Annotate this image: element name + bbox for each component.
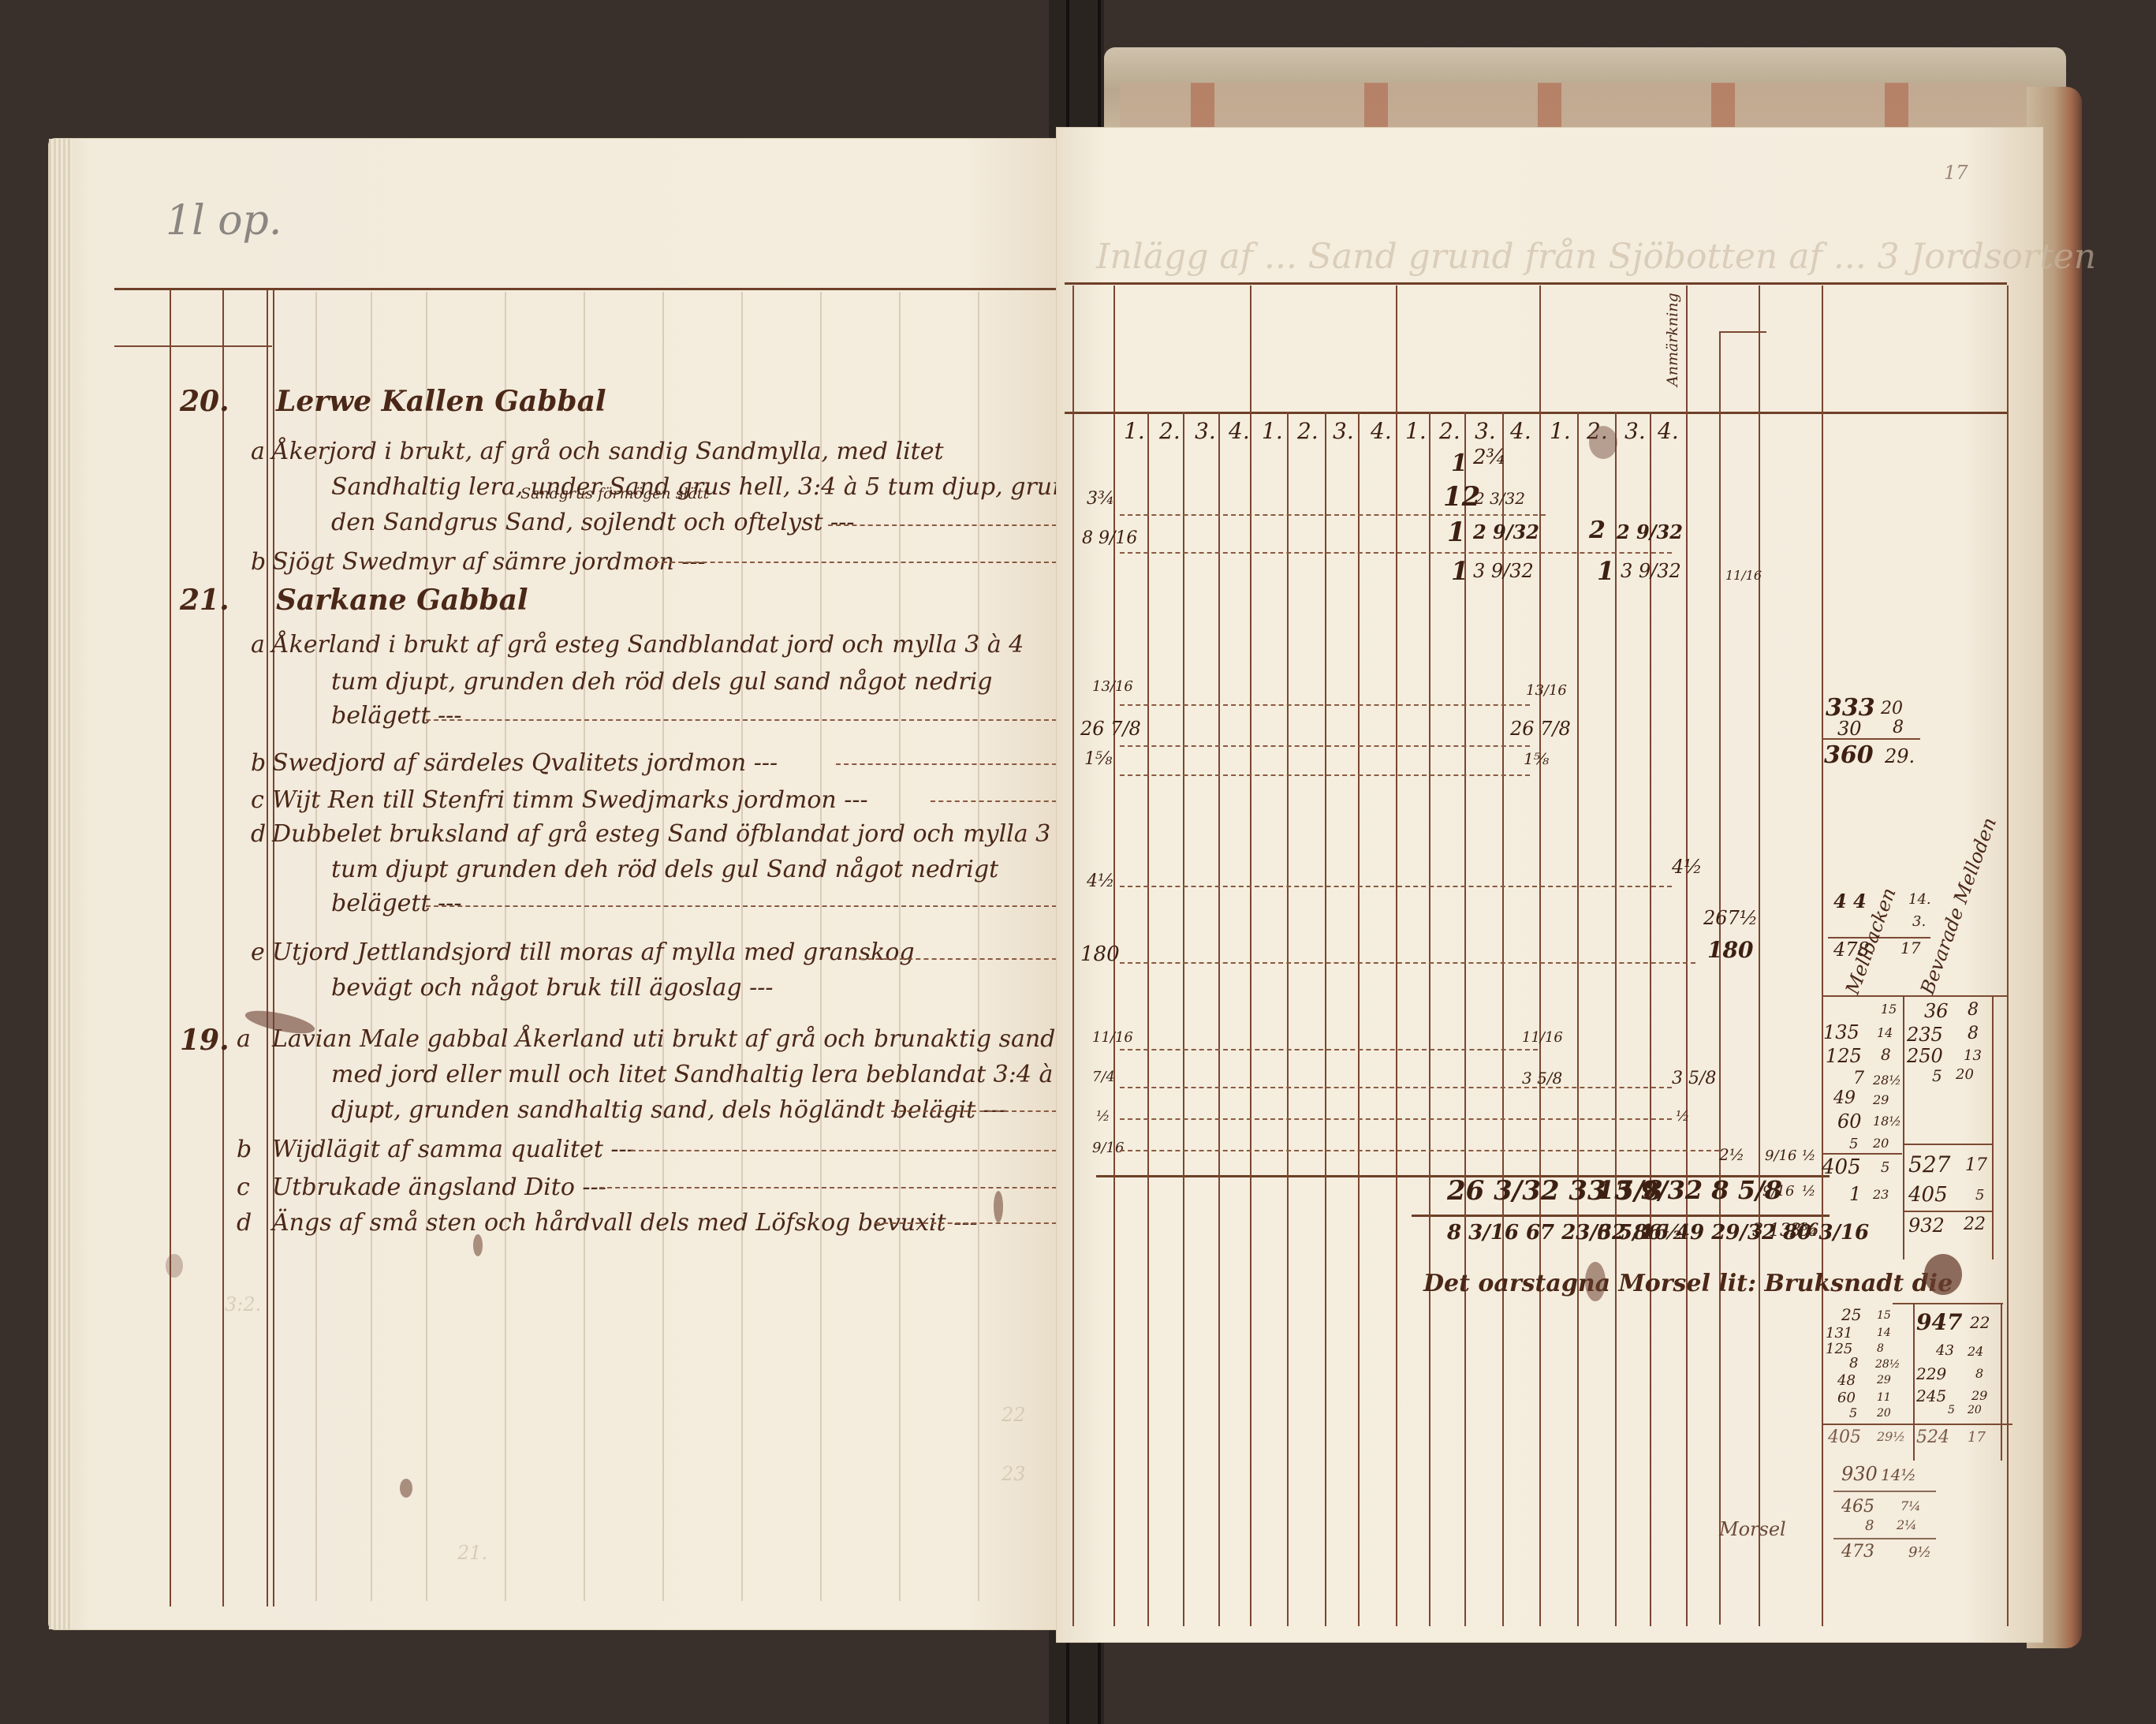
calc-rule [1822,738,1920,740]
page-number: 17 [1944,162,1968,184]
right-page [1057,128,2042,1642]
left-page-edges [49,139,73,1629]
cell: 131 [1826,1325,1852,1342]
cell-value: 1⅝ [1524,749,1549,768]
cell-value: 1 [1451,450,1468,477]
cell-value: 11/16 [1522,1029,1563,1046]
item-line: Utjord Jettlandsjord till moras af mylla… [272,938,915,966]
item-letter: a [237,1025,251,1053]
offset-number: 21. [457,1542,487,1564]
total-row-2-extra: 3¾ [1790,1221,1818,1241]
cell-value: 1 [1447,517,1466,548]
cell-value: 4½ [1672,856,1703,878]
header-rule [1065,282,2007,285]
cell: 245 [1916,1386,1946,1405]
table-a-divider [1903,995,1904,1259]
item-line: Swedjord af särdeles Qvalitets jordmon -… [272,749,778,777]
item-line: Wijt Ren till Stenfri timm Swedjmarks jo… [272,786,868,814]
margin-value: 180 [1080,942,1120,966]
table-a-edge [1992,995,1994,1259]
subtotal: 405 [1828,1427,1861,1447]
cell: 20 [1956,1066,1974,1083]
cell: 22 [1970,1313,1990,1332]
item-line: tum djupt, grunden deh röd dels gul sand… [331,668,992,696]
subtotal: 527 [1908,1151,1950,1177]
margin-value: 8 9/16 [1082,528,1137,548]
subtotal: 5 [1881,1159,1889,1176]
item-line: Åkerland i brukt af grå esteg Sandblanda… [272,631,1024,659]
cell: 29 [1873,1092,1889,1107]
item-line: bevägt och något bruk till ägoslag --- [331,974,774,1002]
calc-label: Morsel [1719,1518,1786,1540]
cell: 20 [1873,1136,1889,1151]
col-header: 2. [1297,418,1319,444]
column-rule [1650,412,1651,1626]
cell-value: 26 7/8 [1510,718,1571,740]
col-header: 4. [1229,418,1250,444]
cell-value: 180 [1707,937,1753,963]
cell-value: 1 [1597,556,1614,586]
calc-value: 14. [1908,891,1931,908]
cell: 11 [1877,1391,1891,1404]
cell: 8 [1881,1045,1891,1064]
item-line: den Sandgrus Sand, sojlendt och oftelyst… [331,509,854,536]
cell: 1 [1849,1183,1861,1205]
entry-number: 20. [180,385,229,418]
leader-line [1120,886,1672,887]
leader-line [631,1150,1057,1151]
leader-line [1120,962,1695,964]
total-row-1-extra: ½ [1802,1183,1815,1200]
offset-number: 3:2. [225,1293,261,1315]
leader-line [891,1110,1057,1112]
subtotal-rule [1904,1144,1993,1145]
table-b-edge [2001,1303,2002,1461]
leader-line [426,719,1057,721]
column-rule [1218,412,1220,1626]
number-column-line [222,289,224,1606]
leader-line [647,562,1057,563]
cell: 5 [1849,1405,1857,1420]
cell: 15 [1881,1002,1897,1017]
leader-line [1120,552,1672,554]
col-header: 1. [1405,418,1427,444]
cell: 7 [1853,1069,1864,1088]
leader-line [875,1222,1057,1224]
table-b-divider [1913,1303,1915,1461]
table-a-top [1822,995,2007,997]
entry-number: 19. [180,1024,229,1057]
col-header: 1. [1124,418,1145,444]
cell: 229 [1916,1364,1946,1383]
leader-line [852,958,1057,960]
cell-value: 2¾ [1473,446,1506,469]
cell: 250 [1907,1045,1943,1067]
cell: 8 [1968,1000,1979,1020]
calc-value: 14½ [1881,1465,1916,1484]
margin-value: 4½ [1087,871,1114,891]
subtotal: 17 [1965,1155,1987,1175]
grand-total-rule [1904,1211,1993,1212]
ink-spot [994,1191,1003,1222]
cell-value: 2 9/32 [1473,521,1539,543]
subtotal-rule [1823,1424,2012,1425]
calc-value: 8 [1893,718,1904,737]
cell: 5 [1948,1404,1955,1416]
subtotal: 17 [1968,1429,1986,1446]
leader-line [1120,1118,1672,1120]
margin-value: ½ [1096,1108,1110,1125]
col-header: 3. [1475,418,1496,444]
item-line: Lavian Male gabbal Åkerland uti brukt af… [272,1025,1055,1053]
item-line: Dubbelet bruksland af grå esteg Sand öfb… [272,820,1095,848]
column-rule [2007,285,2009,1626]
margin-value: 13/16 [1092,678,1133,695]
leader-line [828,524,1057,526]
calc-total: 9½ [1908,1544,1931,1561]
cell: 28½ [1873,1073,1901,1088]
entry-title: Sarkane Gabbal [276,584,528,617]
cell: 13 [1964,1047,1982,1064]
item-interline: Sandgrus förmögen slätt [520,485,709,502]
ink-spot [473,1234,483,1256]
cell: 49 [1833,1088,1856,1108]
item-letter: d [251,820,266,848]
leader-line [1120,1087,1672,1088]
cell: 24 [1968,1344,1983,1359]
leader-line [1120,745,1530,747]
cell: 8 [1877,1342,1884,1355]
column-rule [1358,412,1360,1626]
ink-blot [1924,1254,1962,1295]
entry-number: 21. [180,584,229,617]
item-line: Utbrukade ängsland Dito --- [272,1174,606,1201]
cell-value: 2½ [1719,1145,1744,1164]
leader-line [1120,1049,1538,1050]
column-rule [1325,412,1326,1626]
cell-value: 3 9/32 [1621,560,1681,582]
column-rule [1502,412,1504,1626]
leader-line [426,905,1057,907]
cell-value: 2 3/32 [1475,489,1525,508]
subtotal: 405 [1822,1155,1861,1179]
calc-value: 930 [1841,1463,1878,1485]
cell-value: 2 [1589,517,1606,544]
column-rule [1072,285,1074,1626]
cell: 36 [1924,1000,1949,1022]
cell: 125 [1826,1045,1862,1067]
ink-blot [1585,1262,1606,1301]
column-rule [1429,412,1430,1626]
grand-total: 932 [1908,1215,1945,1237]
calc-value: 20 [1881,699,1903,718]
item-line: Wijdlägit af samma qualitet --- [272,1136,635,1163]
calc-value: 2¼ [1897,1517,1917,1532]
total-row-1-group4: 13 9/32 8 5/8 [1597,1175,1782,1205]
margin-value: 3¾ [1087,489,1114,509]
cell: 60 [1837,1390,1856,1406]
col-header: 1. [1262,418,1283,444]
calc-value: 7¼ [1900,1498,1921,1513]
column-rule [1147,412,1149,1626]
item-line: tum djupt grunden deh röd dels gul Sand … [331,856,998,883]
cell: 235 [1907,1024,1943,1046]
margin-value: 9/16 [1092,1140,1124,1156]
column-rule [1577,412,1579,1626]
cell: 405 [1908,1183,1948,1207]
cell: 947 [1916,1309,1962,1335]
column-rule [1719,331,1721,1625]
subtotal: 29½ [1877,1429,1905,1444]
column-rule [1183,412,1184,1626]
subtotal-rule [1823,1153,1902,1155]
col-header: 3. [1195,418,1216,444]
cell: 5 [1975,1187,1984,1203]
cell-value: 3 5/8 [1672,1069,1716,1088]
cell: 48 [1837,1372,1856,1389]
item-letter: a [251,631,265,659]
leader-line [1120,514,1546,516]
col-header: 4. [1510,418,1531,444]
margin-value: 11/16 [1092,1029,1133,1046]
subtotal: 524 [1916,1427,1949,1447]
cell: 29 [1877,1374,1891,1386]
calc-total: 473 [1841,1542,1874,1562]
cell: 20 [1968,1404,1982,1416]
col-header: 4. [1658,418,1679,444]
item-letter: b [237,1136,252,1163]
entry-title: Lerwe Kallen Gabbal [276,385,606,418]
column-rule [1615,412,1617,1626]
calc-value: 8 [1865,1517,1874,1534]
col-header: 2. [1159,418,1181,444]
column-rule [1539,285,1541,1626]
calc-value: 4 4 [1833,890,1867,912]
item-letter: e [251,938,265,966]
cell: 8 [1975,1366,1983,1381]
cell: 15 [1877,1309,1891,1322]
item-line: Sjögt Swedmyr af sämre jordmon --- [272,548,706,576]
cell: 8 [1849,1355,1858,1371]
leader-line [1120,704,1530,706]
leader-line [1120,1150,1719,1151]
cell: 135 [1823,1021,1859,1043]
item-letter: a [251,438,265,465]
cell: 60 [1837,1110,1862,1133]
header-rule [114,345,272,347]
item-line: belägett --- [331,890,461,917]
stain [166,1254,183,1278]
cell-value: 13/16 [1526,682,1567,699]
cell-value: 11/16 [1725,568,1762,583]
column-rule [1396,285,1397,1626]
cell-value: 9/16 [1765,1147,1796,1164]
calc-total: 360 [1824,741,1874,769]
item-line: med jord eller mull och litet Sandhaltig… [331,1061,1130,1088]
column-rule [1759,285,1760,1626]
item-letter: c [251,786,264,814]
col-header: 1. [1550,418,1571,444]
pencil-note: 1l op. [166,197,282,244]
cell: 25 [1841,1305,1861,1324]
cell-value: ½ [1676,1108,1689,1125]
calc-total: 17 [1900,938,1920,957]
total-row-1-extra: 9/16 [1762,1183,1794,1200]
column-rule [1287,412,1289,1626]
leader-line [1120,774,1530,776]
total-row-2-group4: 6 5/16 49 29/32 80 3/16 [1597,1221,1869,1244]
calc-rule [1833,1538,1936,1539]
cell: 23 [1873,1187,1889,1202]
offset-number: 22 [1002,1404,1026,1426]
margin-value: 1⅝ [1084,749,1112,769]
column-rule [1686,285,1688,1626]
col-header: 3. [1333,418,1354,444]
cell-value: ½ [1802,1147,1815,1164]
calc-value: 3. [1912,913,1926,930]
item-letter: d [237,1209,252,1237]
cell: 8 [1968,1024,1979,1043]
rotated-column-label: Anmärkning [1664,293,1681,386]
item-line: Åkerjord i brukt, af grå och sandig Sand… [272,438,944,465]
leader-line [931,800,1057,802]
bleedthrough-heading: Inlägg af ... Sand grund från Sjöbotten … [1096,237,2096,277]
cell: 43 [1936,1342,1954,1359]
table-b-top [1893,1303,2003,1304]
calc-value: 465 [1841,1497,1874,1517]
margin-line [170,289,171,1606]
item-line: belägett --- [331,702,461,730]
cell-value: 3 5/8 [1522,1069,1562,1088]
cell: 14 [1877,1327,1891,1339]
left-page [49,139,1066,1629]
column-rule [1250,285,1251,1626]
grand-total: 22 [1964,1215,1986,1234]
cell: 5 [1849,1136,1858,1152]
cell: 14 [1877,1025,1893,1040]
item-letter: b [251,548,266,576]
leader-line [599,1187,1057,1189]
summary-line: Det oarstagna Morsel lit: Bruksnadt die [1423,1270,1953,1297]
cell: 18½ [1873,1114,1901,1129]
cell: 20 [1877,1407,1891,1420]
cell-value: 2 9/32 [1617,521,1683,543]
offset-number: 23 [1002,1463,1026,1485]
totals-rule-2 [1412,1215,1830,1217]
margin-value: 7/4 [1092,1069,1115,1085]
cell-value: 1 [1451,556,1468,586]
margin-value: 26 7/8 [1080,718,1141,740]
text-column-line [267,289,268,1606]
cell-value: 3 9/32 [1473,560,1534,582]
column-header-rule [1065,412,2007,414]
col-header: 3. [1624,418,1646,444]
item-line: Ängs af små sten och hårdvall dels med L… [272,1209,978,1237]
cell-value: 267½ [1703,907,1758,929]
cell: 28½ [1875,1358,1900,1371]
col-header: 4. [1371,418,1392,444]
ink-stain [1589,426,1617,459]
ink-spot [400,1479,412,1498]
col-header: 2. [1439,418,1460,444]
top-rule [114,288,1069,290]
cell: 29 [1971,1388,1987,1403]
item-letter: b [251,749,266,777]
item-letter: c [237,1174,250,1201]
cell: 5 [1932,1066,1942,1085]
calc-total: 29. [1885,745,1915,767]
column-rule [1822,285,1823,1626]
column-rule [1464,412,1466,1626]
calc-rule [1833,1491,1936,1492]
calc-value: 30 [1837,718,1862,740]
leader-line [836,763,1057,765]
